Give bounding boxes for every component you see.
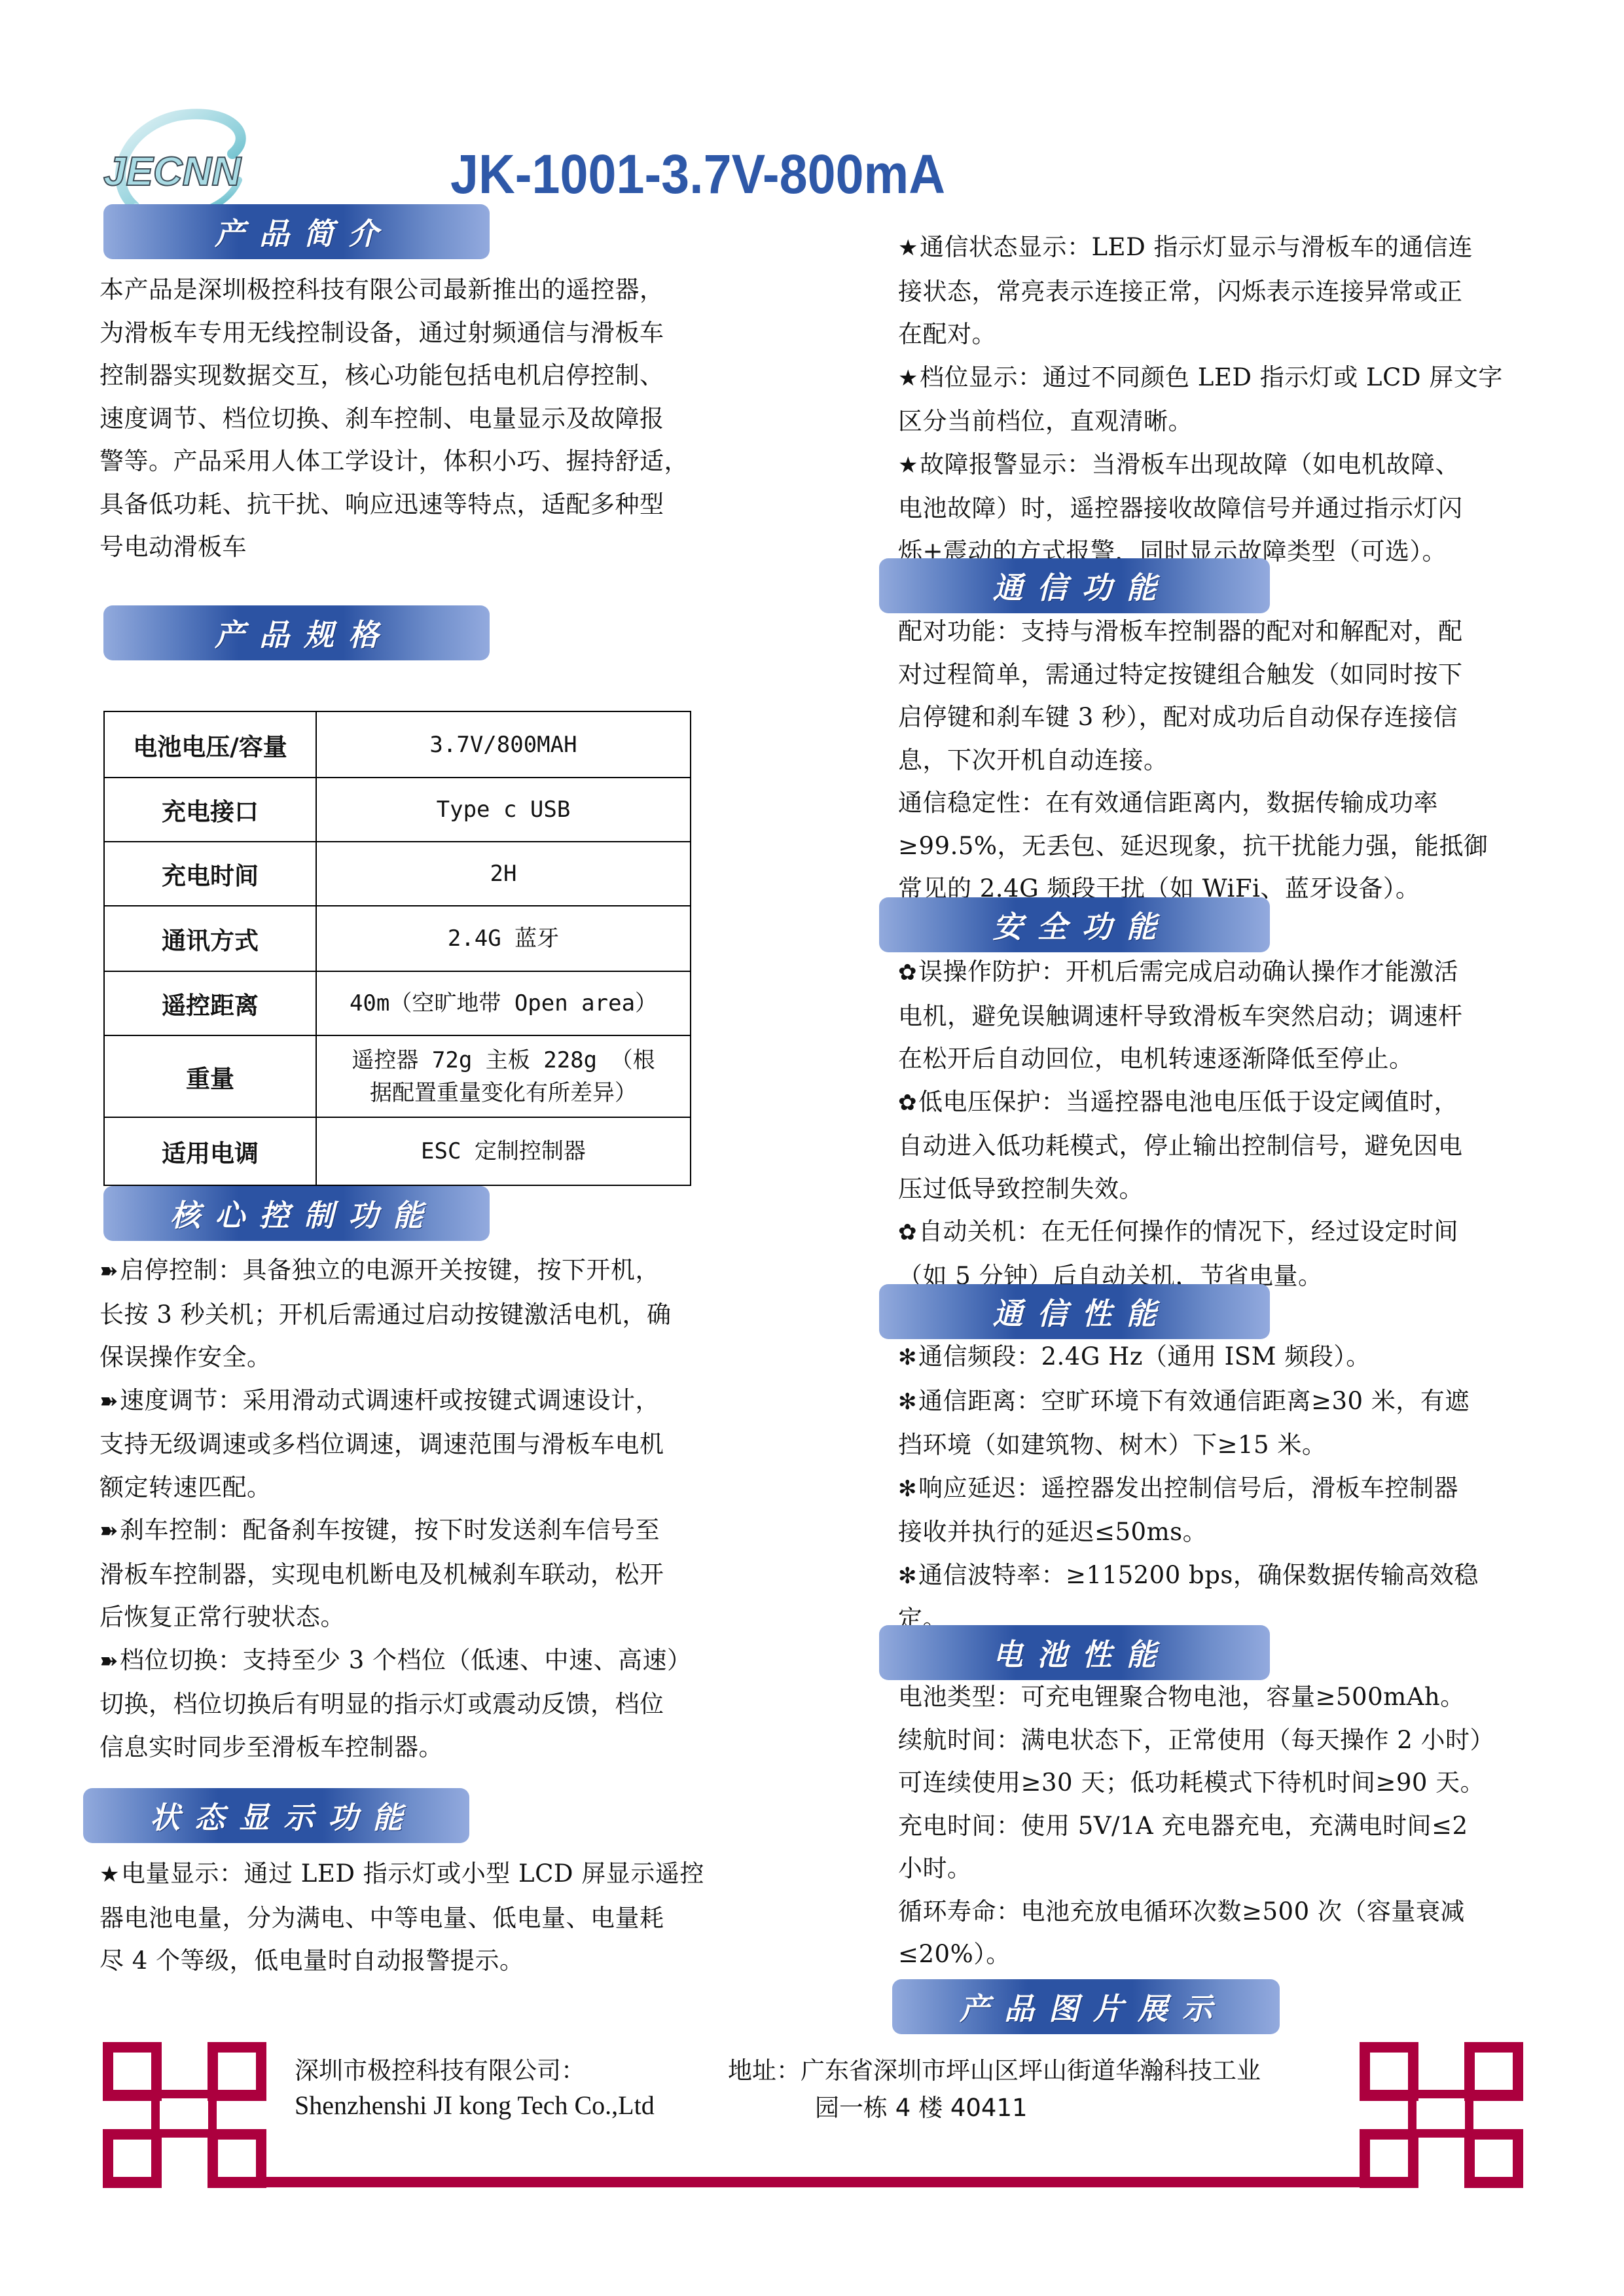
table-row: 充电接口 Type c USB: [104, 778, 691, 842]
list-item: ★通信状态显示：LED 指示灯显示与滑板车的通信连 接状态，常亮表示连接正常，闪…: [898, 226, 1536, 356]
text-line: 启停键和刹车键 3 秒），配对成功后自动保存连接信: [898, 696, 1536, 739]
text-line: 可连续使用≥30 天；低功耗模式下待机时间≥90 天。: [898, 1761, 1536, 1804]
section-heading-product-images: 产品图片展示: [892, 1979, 1280, 2034]
flower-icon: ✿: [898, 1219, 917, 1246]
table-row: 遥控距离 40m（空旷地带 Open area）: [104, 971, 691, 1035]
text-line: 压过低导致控制失效。: [898, 1168, 1536, 1211]
intro-paragraph: 本产品是深圳极控科技有限公司最新推出的遥控器， 为滑板车专用无线控制设备，通过射…: [99, 268, 731, 569]
text-line: 响应延迟：遥控器发出控制信号后，滑板车控制器: [918, 1474, 1458, 1502]
flower-icon: ✿: [898, 1090, 917, 1116]
section-heading-communication: 通信功能: [879, 558, 1270, 613]
text-line: 档位显示：通过不同颜色 LED 指示灯或 LCD 屏文字: [920, 363, 1503, 391]
list-item: ➽刹车控制：配备刹车按键，按下时发送刹车信号至 滑板车控制器，实现电机断电及机械…: [99, 1509, 731, 1639]
spec-key: 遥控距离: [104, 971, 316, 1035]
text-line: 电池故障）时，遥控器接收故障信号并通过指示灯闪: [898, 487, 1536, 530]
text-line: 低电压保护：当遥控器电池电压低于设定阈值时，: [918, 1088, 1458, 1116]
text-line: 额定转速匹配。: [99, 1466, 731, 1509]
footer-company-name-cn: 深圳市极控科技有限公司：: [295, 2051, 585, 2086]
safety-list: ✿误操作防护：开机后需完成启动确认操作才能激活 电机，避免误触调速杆导致滑板车突…: [898, 950, 1536, 1297]
table-row: 通讯方式 2.4G 蓝牙: [104, 906, 691, 971]
text-line: 控制器实现数据交互，核心功能包括电机启停控制、: [99, 354, 731, 397]
text-line: 接状态，常亮表示连接正常，闪烁表示连接异常或正: [898, 270, 1536, 314]
asterisk-icon: ✻: [898, 1476, 917, 1502]
text-line: 故障报警显示：当滑板车出现故障（如电机故障、: [920, 450, 1460, 478]
table-row: 重量 遥控器 72g 主板 228g （根 据配置重量变化有所差异）: [104, 1035, 691, 1117]
spec-key: 充电时间: [104, 842, 316, 906]
text-line: 对过程简单，需通过特定按键组合触发（如同时按下: [898, 653, 1536, 696]
text-line: ≥99.5%，无丢包、延迟现象，抗干扰能力强，能抵御: [898, 825, 1536, 868]
text-line: 在松开后自动回位，电机转速逐渐降低至停止。: [898, 1037, 1536, 1081]
double-arrow-icon: ➽: [99, 1388, 118, 1414]
text-line: 循环寿命：电池充放电循环次数≥500 次（容量衰减: [898, 1890, 1536, 1933]
spec-value-line: 据配置重量变化有所差异）: [317, 1077, 690, 1109]
heading-text: 状态显示功能: [135, 1794, 417, 1837]
text-line: 挡环境（如建筑物、树木）下≥15 米。: [898, 1424, 1536, 1467]
spec-table: 电池电压/容量 3.7V/800MAH 充电接口 Type c USB 充电时间…: [103, 711, 691, 1186]
text-line: 自动进入低功耗模式，停止输出控制信号，避免因电: [898, 1124, 1536, 1168]
spec-key: 电池电压/容量: [104, 711, 316, 778]
spec-key: 通讯方式: [104, 906, 316, 971]
star-icon: ★: [898, 365, 918, 391]
spec-value: 遥控器 72g 主板 228g （根 据配置重量变化有所差异）: [316, 1035, 691, 1117]
list-item: ✿误操作防护：开机后需完成启动确认操作才能激活 电机，避免误触调速杆导致滑板车突…: [898, 950, 1536, 1081]
text-line: 尽 4 个等级，低电量时自动报警提示。: [99, 1939, 731, 1982]
spec-value: 2.4G 蓝牙: [316, 906, 691, 971]
list-item: ✿低电压保护：当遥控器电池电压低于设定阈值时， 自动进入低功耗模式，停止输出控制…: [898, 1081, 1536, 1211]
text-line: 通信频段：2.4G Hz（通用 ISM 频段）。: [918, 1342, 1371, 1371]
text-line: 长按 3 秒关机；开机后需通过启动按键激活电机，确: [99, 1293, 731, 1336]
spec-key: 充电接口: [104, 778, 316, 842]
text-line: 息，下次开机自动连接。: [898, 739, 1536, 782]
text-line: 电量显示：通过 LED 指示灯或小型 LCD 屏显示遥控: [121, 1859, 704, 1888]
footer-address-line2: 园一栋 4 楼 40411: [815, 2088, 1028, 2123]
spec-value: 3.7V/800MAH: [316, 711, 691, 778]
list-item: ➽档位切换：支持至少 3 个档位（低速、中速、高速） 切换，档位切换后有明显的指…: [99, 1639, 731, 1769]
text-line: 配对功能：支持与滑板车控制器的配对和解配对，配: [898, 610, 1536, 653]
text-line: 滑板车控制器，实现电机断电及机械刹车联动，松开: [99, 1553, 731, 1596]
text-line: 本产品是深圳极控科技有限公司最新推出的遥控器，: [99, 268, 731, 312]
section-heading-specs: 产品规格: [103, 605, 490, 660]
heading-text: 产品图片展示: [945, 1985, 1227, 2028]
text-line: 警等。产品采用人体工学设计，体积小巧、握持舒适，: [99, 440, 731, 483]
list-item: ➽启停控制：具备独立的电源开关按键，按下开机， 长按 3 秒关机；开机后需通过启…: [99, 1249, 731, 1379]
double-arrow-icon: ➽: [99, 1648, 118, 1674]
spec-value: Type c USB: [316, 778, 691, 842]
text-line: 保误操作安全。: [99, 1336, 731, 1379]
spec-key: 适用电调: [104, 1117, 316, 1185]
status-display-list-right: ★通信状态显示：LED 指示灯显示与滑板车的通信连 接状态，常亮表示连接正常，闪…: [898, 226, 1536, 573]
heading-text: 产品规格: [200, 611, 393, 655]
heading-text: 核心控制功能: [156, 1192, 437, 1235]
text-line: 号电动滑板车: [99, 526, 731, 569]
text-line: 在配对。: [898, 313, 1536, 356]
spec-value: 2H: [316, 842, 691, 906]
section-heading-battery-performance: 电池性能: [879, 1625, 1270, 1680]
list-item: ★故障报警显示：当滑板车出现故障（如电机故障、 电池故障）时，遥控器接收故障信号…: [898, 443, 1536, 573]
star-icon: ★: [99, 1861, 120, 1888]
double-arrow-icon: ➽: [99, 1518, 118, 1544]
section-heading-status-display: 状态显示功能: [83, 1788, 469, 1843]
heading-text: 通信性能: [979, 1290, 1171, 1333]
battery-performance-paragraph: 电池类型：可充电锂聚合物电池，容量≥500mAh。 续航时间：满电状态下，正常使…: [898, 1676, 1536, 1976]
text-line: 切换，档位切换后有明显的指示灯或震动反馈，档位: [99, 1683, 731, 1726]
flower-icon: ✿: [898, 960, 917, 986]
text-line: 通信稳定性：在有效通信距离内，数据传输成功率: [898, 781, 1536, 825]
heading-text: 产品简介: [200, 210, 393, 253]
asterisk-icon: ✻: [898, 1389, 917, 1415]
double-arrow-icon: ➽: [99, 1258, 118, 1284]
heading-text: 电池性能: [979, 1631, 1171, 1674]
list-item: ✻通信频段：2.4G Hz（通用 ISM 频段）。: [898, 1335, 1536, 1380]
status-display-list-left: ★电量显示：通过 LED 指示灯或小型 LCD 屏显示遥控 器电池电量，分为满电…: [99, 1852, 731, 1982]
list-item: ★档位显示：通过不同颜色 LED 指示灯或 LCD 屏文字 区分当前档位，直观清…: [898, 356, 1536, 443]
text-line: 刹车控制：配备刹车按键，按下时发送刹车信号至: [120, 1516, 660, 1544]
product-title: JK-1001-3.7V-800mA: [450, 143, 945, 206]
footer-company-name-en: Shenzhenshi JI kong Tech Co.,Ltd: [295, 2090, 655, 2121]
spec-key: 重量: [104, 1035, 316, 1117]
heading-text: 安全功能: [979, 903, 1171, 946]
list-item: ✻通信距离：空旷环境下有效通信距离≥30 米，有遮 挡环境（如建筑物、树木）下≥…: [898, 1380, 1536, 1467]
section-heading-core-control: 核心控制功能: [103, 1186, 490, 1241]
table-row: 充电时间 2H: [104, 842, 691, 906]
core-control-list: ➽启停控制：具备独立的电源开关按键，按下开机， 长按 3 秒关机；开机后需通过启…: [99, 1249, 731, 1768]
text-line: 充电时间：使用 5V/1A 充电器充电，充满电时间≤2: [898, 1804, 1536, 1848]
text-line: 接收并执行的延迟≤50ms。: [898, 1511, 1536, 1554]
list-item: ★电量显示：通过 LED 指示灯或小型 LCD 屏显示遥控 器电池电量，分为满电…: [99, 1852, 731, 1982]
table-row: 适用电调 ESC 定制控制器: [104, 1117, 691, 1185]
text-line: 为滑板车专用无线控制设备，通过射频通信与滑板车: [99, 312, 731, 355]
text-line: 通信状态显示：LED 指示灯显示与滑板车的通信连: [920, 233, 1473, 261]
star-icon: ★: [898, 235, 918, 261]
text-line: ≤20%）。: [898, 1933, 1536, 1976]
text-line: 通信距离：空旷环境下有效通信距离≥30 米，有遮: [918, 1387, 1470, 1415]
text-line: 具备低功耗、抗干扰、响应迅速等特点，适配多种型: [99, 483, 731, 526]
text-line: 档位切换：支持至少 3 个档位（低速、中速、高速）: [120, 1646, 692, 1674]
spec-value: ESC 定制控制器: [316, 1117, 691, 1185]
communication-paragraph: 配对功能：支持与滑板车控制器的配对和解配对，配 对过程简单，需通过特定按键组合触…: [898, 610, 1536, 910]
text-line: 小时。: [898, 1847, 1536, 1890]
section-heading-safety: 安全功能: [879, 897, 1270, 952]
text-line: 信息实时同步至滑板车控制器。: [99, 1726, 731, 1769]
text-line: 电机，避免误触调速杆导致滑板车突然启动；调速杆: [898, 995, 1536, 1038]
asterisk-icon: ✻: [898, 1563, 917, 1589]
asterisk-icon: ✻: [898, 1344, 917, 1371]
text-line: 速度调节：采用滑动式调速杆或按键式调速设计，: [120, 1386, 660, 1414]
text-line: 后恢复正常行驶状态。: [99, 1596, 731, 1639]
comm-performance-list: ✻通信频段：2.4G Hz（通用 ISM 频段）。 ✻通信距离：空旷环境下有效通…: [898, 1335, 1536, 1641]
text-line: 启停控制：具备独立的电源开关按键，按下开机，: [120, 1256, 660, 1284]
spec-value: 40m（空旷地带 Open area）: [316, 971, 691, 1035]
svg-text:JECNN: JECNN: [103, 149, 242, 194]
text-line: 支持无级调速或多档位调速，调速范围与滑板车电机: [99, 1423, 731, 1466]
text-line: 速度调节、档位切换、刹车控制、电量显示及故障报: [99, 397, 731, 440]
section-heading-comm-performance: 通信性能: [879, 1284, 1270, 1339]
list-item: ➽速度调节：采用滑动式调速杆或按键式调速设计， 支持无级调速或多档位调速，调速范…: [99, 1379, 731, 1509]
table-row: 电池电压/容量 3.7V/800MAH: [104, 711, 691, 778]
text-line: 器电池电量，分为满电、中等电量、低电量、电量耗: [99, 1897, 731, 1940]
list-item: ✻响应延迟：遥控器发出控制信号后，滑板车控制器 接收并执行的延迟≤50ms。: [898, 1467, 1536, 1554]
text-line: 误操作防护：开机后需完成启动确认操作才能激活: [918, 958, 1458, 986]
section-heading-intro: 产品简介: [103, 204, 490, 259]
star-icon: ★: [898, 452, 918, 478]
heading-text: 通信功能: [979, 564, 1171, 607]
text-line: 续航时间：满电状态下，正常使用（每天操作 2 小时）: [898, 1719, 1536, 1762]
spec-value-line: 遥控器 72g 主板 228g （根: [317, 1044, 690, 1077]
footer-address-line1: 地址：广东省深圳市坪山区坪山街道华瀚科技工业: [728, 2051, 1261, 2086]
text-line: 区分当前档位，直观清晰。: [898, 400, 1536, 443]
text-line: 自动关机：在无任何操作的情况下，经过设定时间: [918, 1217, 1458, 1246]
text-line: 电池类型：可充电锂聚合物电池，容量≥500mAh。: [898, 1676, 1536, 1719]
text-line: 通信波特率：≥115200 bps，确保数据传输高效稳: [918, 1561, 1479, 1589]
